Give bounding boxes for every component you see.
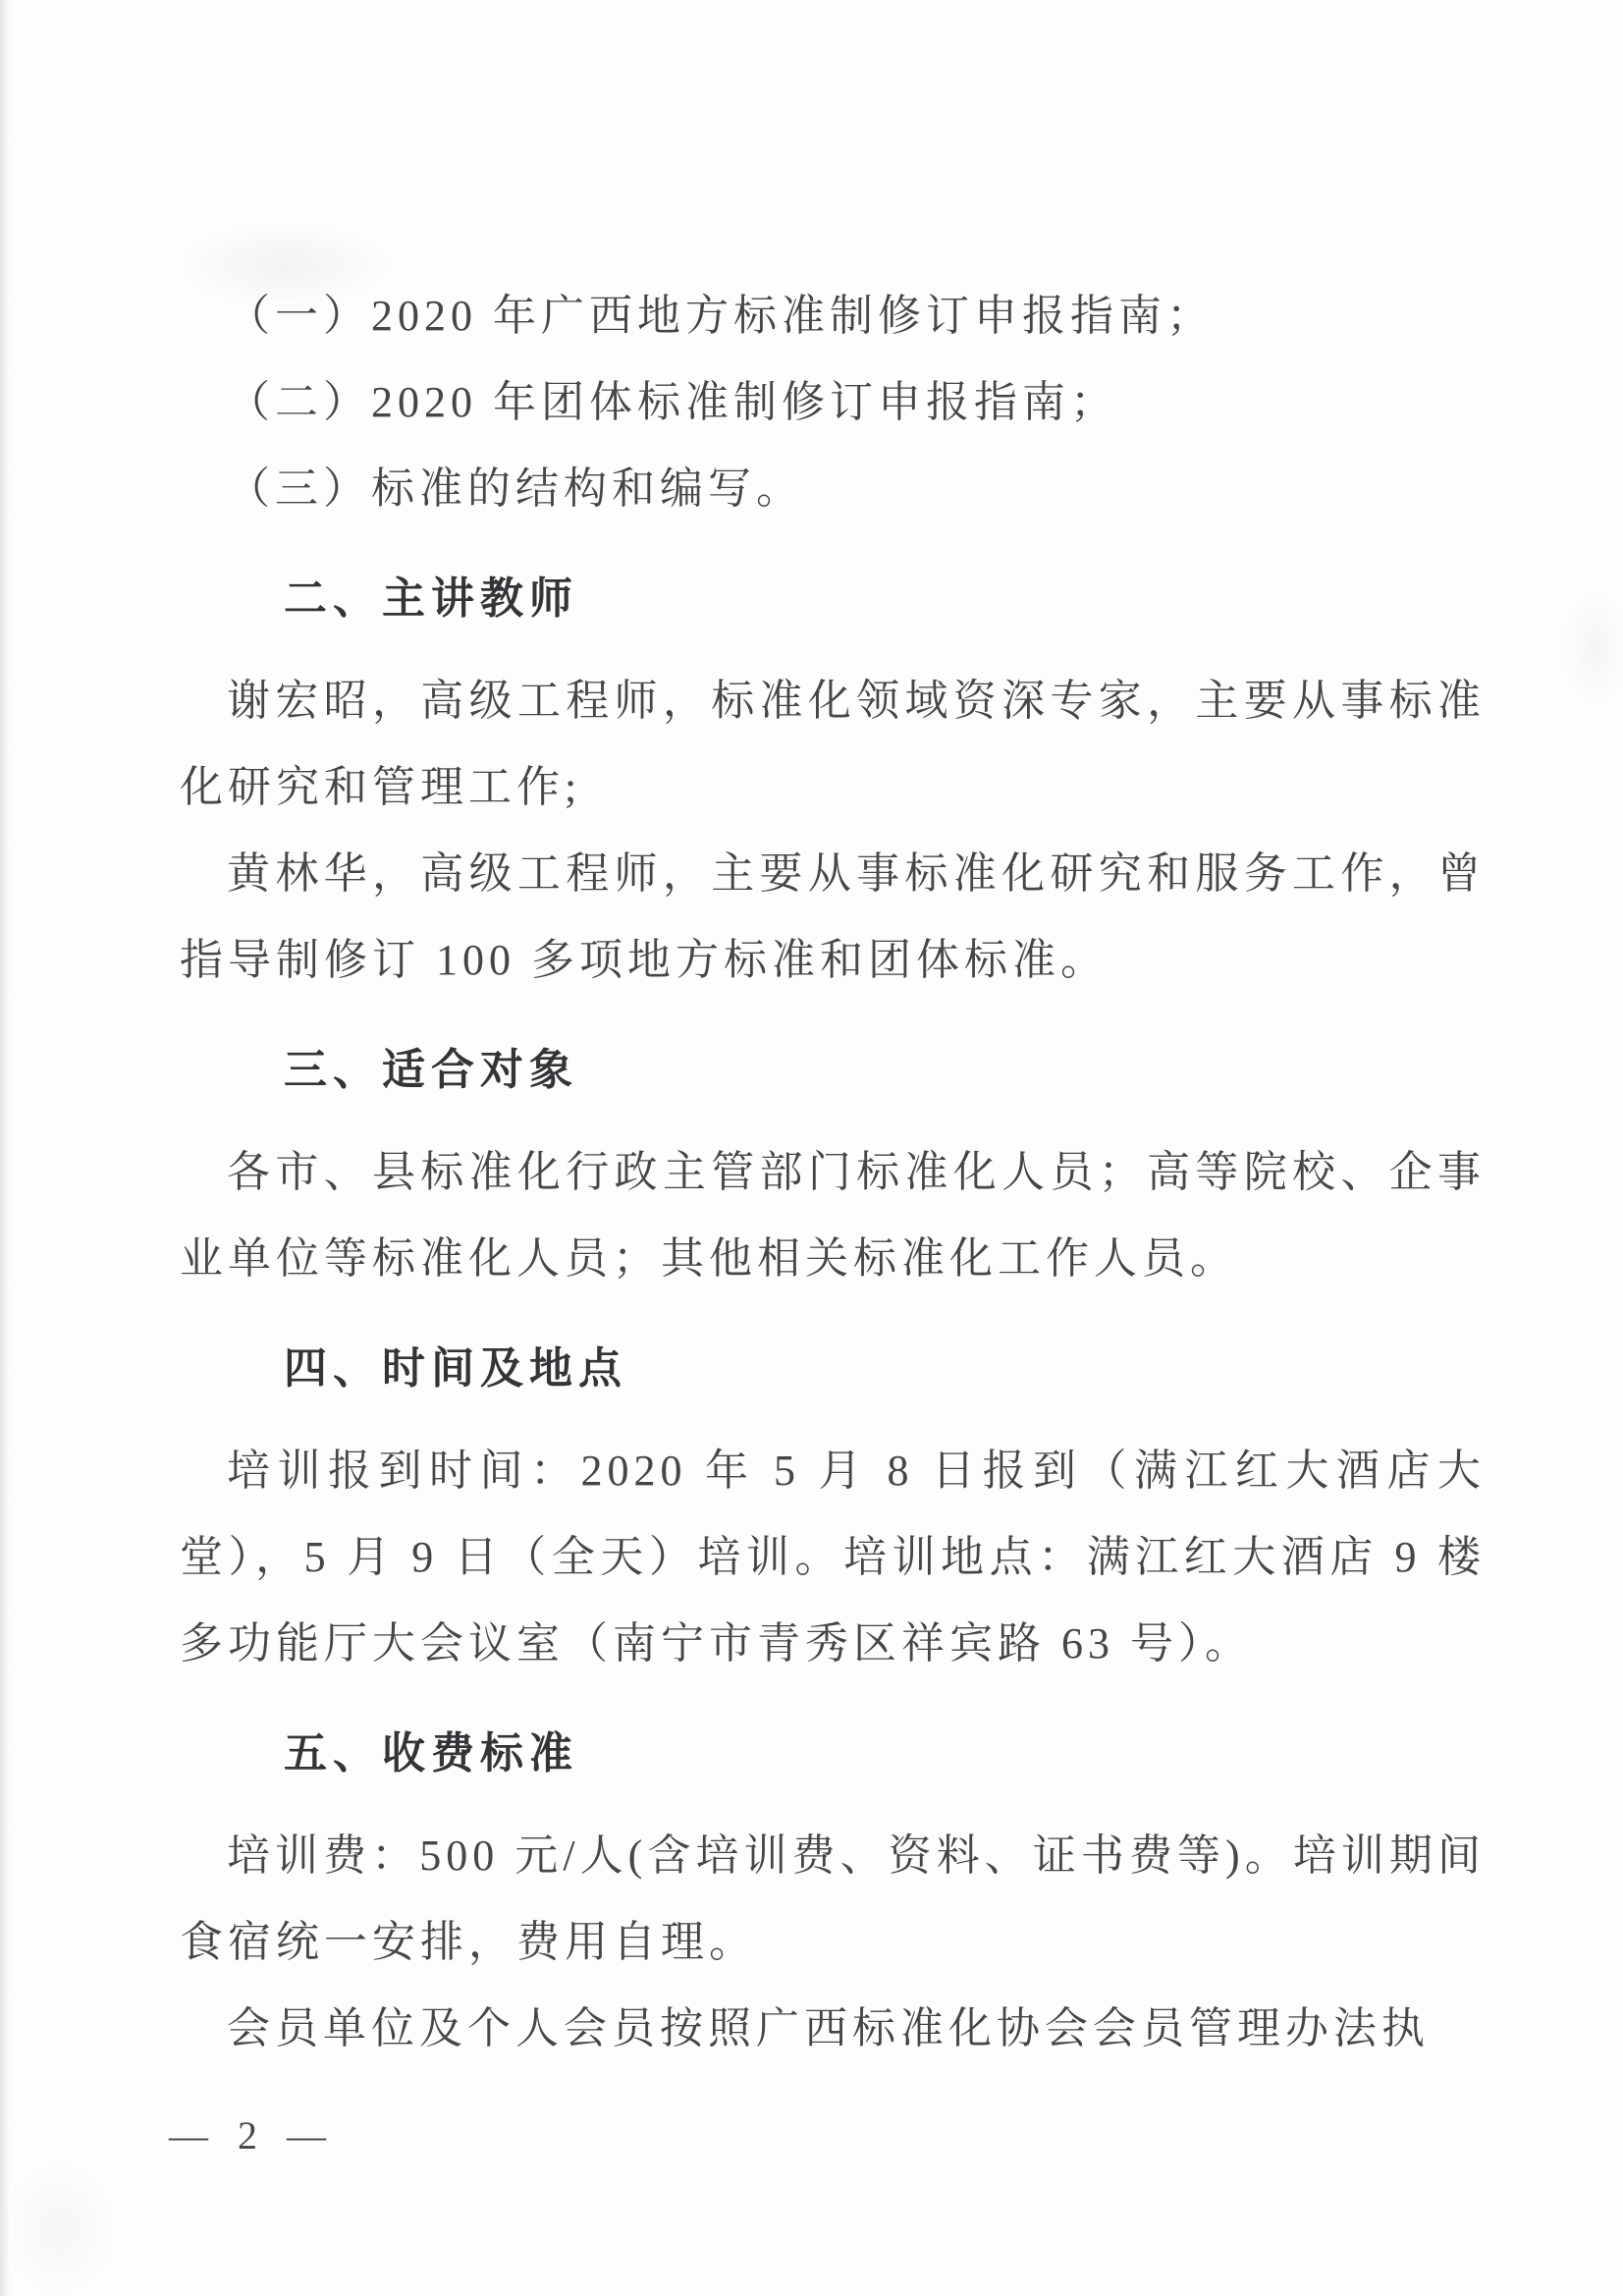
section-heading-audience: 三、适合对象 — [180, 1027, 1486, 1114]
section-heading-teachers: 二、主讲教师 — [180, 556, 1486, 642]
scan-smudge — [1561, 589, 1623, 707]
intro-list-item: （二）2020 年团体标准制修订申报指南； — [180, 359, 1486, 446]
document-page: （一）2020 年广西地方标准制修订申报指南； （二）2020 年团体标准制修订… — [0, 0, 1623, 2296]
page-number: — 2 — — [169, 2102, 336, 2170]
document-paragraph: 培训费：500 元/人(含培训费、资料、证书费等)。培训期间食宿统一安排，费用自… — [180, 1813, 1486, 1986]
scan-smudge — [0, 2160, 118, 2296]
document-paragraph: 黄林华，高级工程师，主要从事标准化研究和服务工作，曾指导制修订 100 多项地方… — [180, 831, 1486, 1004]
section-heading-time-place: 四、时间及地点 — [180, 1326, 1486, 1412]
intro-list-item: （一）2020 年广西地方标准制修订申报指南； — [180, 273, 1486, 359]
document-body: （一）2020 年广西地方标准制修订申报指南； （二）2020 年团体标准制修订… — [180, 0, 1486, 2072]
intro-list-item: （三）标准的结构和编写。 — [180, 446, 1486, 532]
document-paragraph: 各市、县标准化行政主管部门标准化人员；高等院校、企事业单位等标准化人员；其他相关… — [180, 1129, 1486, 1302]
scan-edge-shadow — [0, 0, 10, 2296]
document-paragraph: 会员单位及个人会员按照广西标准化协会会员管理办法执 — [180, 1986, 1486, 2072]
section-heading-fees: 五、收费标准 — [180, 1711, 1486, 1797]
document-paragraph: 谢宏昭，高级工程师，标准化领域资深专家，主要从事标准化研究和管理工作; — [180, 658, 1486, 831]
document-paragraph: 培训报到时间：2020 年 5 月 8 日报到（满江红大酒店大堂），5 月 9 … — [180, 1428, 1486, 1687]
